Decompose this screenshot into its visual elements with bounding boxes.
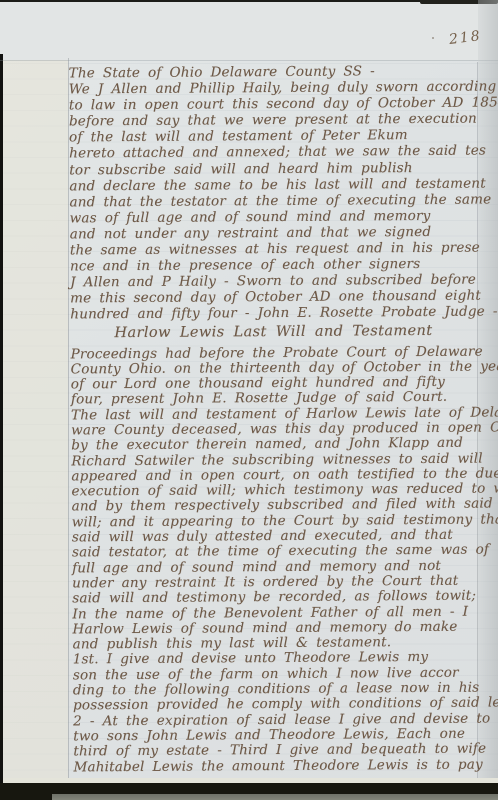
section-ekum-attestation: The State of Ohio Delaware County SS -We… — [69, 63, 473, 323]
page-top-blank-area — [0, 0, 498, 60]
ink-speck — [432, 37, 434, 39]
table-surface-below-book — [52, 794, 498, 800]
manuscript-text-block: The State of Ohio Delaware County SS -We… — [69, 63, 476, 776]
scanned-ledger-page: 218 The State of Ohio Delaware County SS… — [0, 0, 498, 800]
manuscript-line: before and say that we were present at t… — [69, 111, 471, 130]
section-harlow-lewis-will: Proceedings had before the Probate Court… — [70, 344, 475, 775]
manuscript-line: hundred and fifty four - John E. Rosette… — [70, 304, 472, 323]
page-top-crease — [0, 60, 498, 61]
left-margin-underpage — [3, 60, 68, 784]
right-page-edge-shading — [478, 0, 498, 784]
manuscript-line: Mahitabel Lewis the amount Theodore Lewi… — [73, 757, 475, 775]
